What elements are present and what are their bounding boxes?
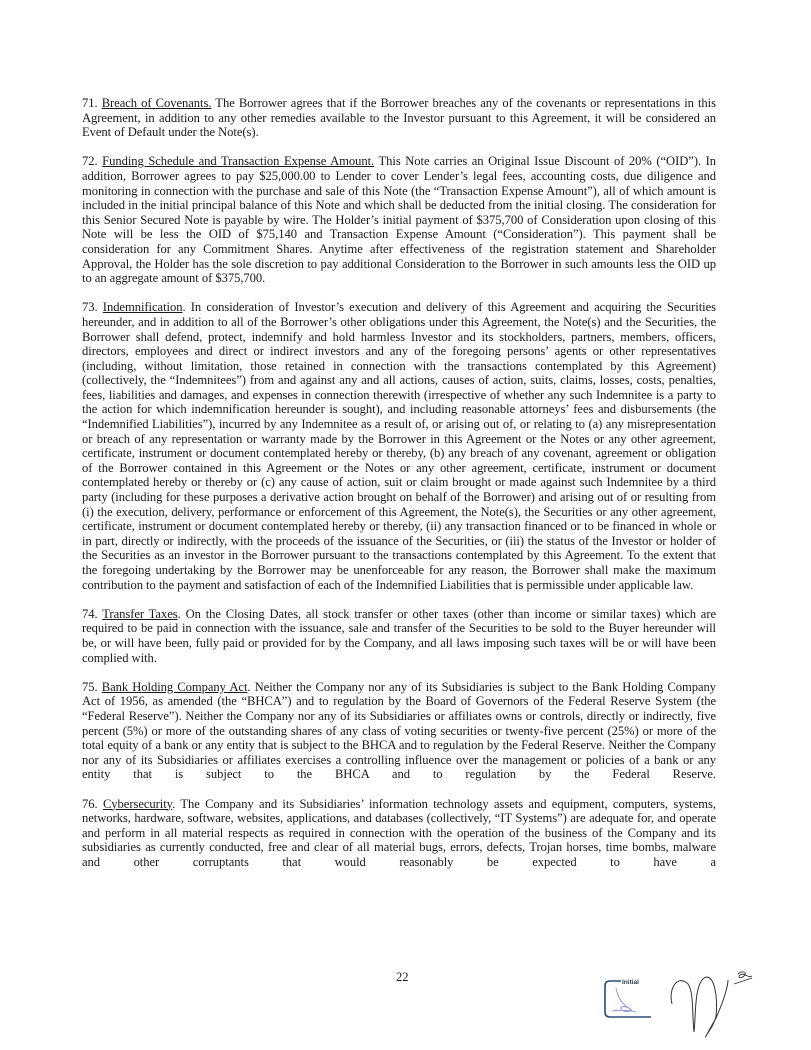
section-body: . Neither the Company nor any of its Sub… [82,680,716,782]
paragraph-73: 73. Indemnification. In consideration of… [82,300,716,592]
section-heading: Indemnification [103,300,183,314]
document-page: 71. Breach of Covenants. The Borrower ag… [82,96,716,884]
paragraph-72: 72. Funding Schedule and Transaction Exp… [82,154,716,285]
section-body: . On the Closing Dates, all stock transf… [82,607,716,665]
initial-label: Initial [622,979,639,986]
section-heading: Bank Holding Company Act [102,680,248,694]
section-number: 76. [82,797,98,811]
paragraph-74: 74. Transfer Taxes. On the Closing Dates… [82,607,716,665]
section-number: 75. [82,680,98,694]
section-heading: Cybersecurity [103,797,172,811]
page-number: 22 [396,970,409,985]
section-body: . The Company and its Subsidiaries’ info… [82,797,716,869]
section-heading: Transfer Taxes [102,607,177,621]
section-body: . In consideration of Investor’s executi… [82,300,716,591]
handwritten-signature-icon [664,966,774,1041]
section-body: This Note carries an Original Issue Disc… [82,154,716,285]
section-heading: Funding Schedule and Transaction Expense… [102,154,374,168]
section-number: 72. [82,154,98,168]
section-heading: Breach of Covenants. [102,96,212,110]
paragraph-71: 71. Breach of Covenants. The Borrower ag… [82,96,716,140]
section-number: 73. [82,300,98,314]
paragraph-75: 75. Bank Holding Company Act. Neither th… [82,680,716,782]
section-number: 74. [82,607,98,621]
section-number: 71. [82,96,98,110]
paragraph-76: 76. Cybersecurity. The Company and its S… [82,797,716,870]
